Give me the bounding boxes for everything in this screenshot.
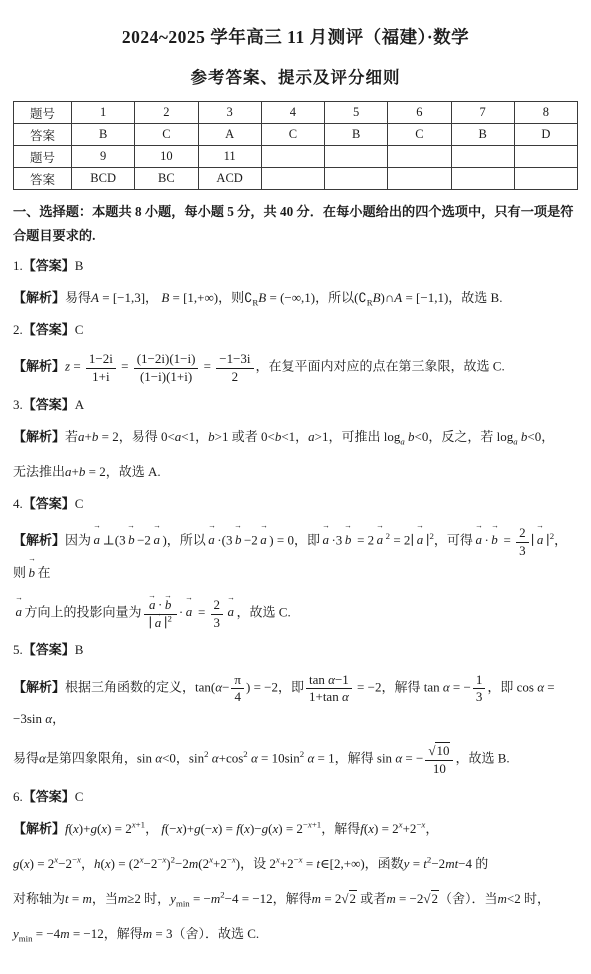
vector: a bbox=[152, 527, 162, 553]
sqrt: √10 bbox=[428, 742, 450, 758]
answer-item: 6.【答案】C 【解析】f(x)+g(x) = 2x+1， f(−x)+g(−x… bbox=[13, 787, 578, 947]
solution-line: g(x) = 2x−2−x，h(x) = (2x−2−x)2−2m(2x+2−x… bbox=[13, 851, 578, 877]
vector: b bbox=[233, 527, 243, 553]
answer-cell bbox=[261, 168, 324, 190]
table-row: 答案BCDBCACD bbox=[14, 168, 578, 190]
answer-cell: 4 bbox=[261, 102, 324, 124]
solution-line: 【解析】根据三角函数的定义，tan(α−π4) = −2，即tan α−11+t… bbox=[13, 670, 578, 733]
solution-line: 无法推出a+b = 2，故选 A. bbox=[13, 459, 578, 485]
answer-cell bbox=[451, 146, 514, 168]
vector: a bbox=[321, 527, 331, 553]
vector: a bbox=[415, 527, 425, 553]
answer-cell: 5 bbox=[325, 102, 388, 124]
section-heading: 一、选择题：本题共 8 小题，每小题 5 分，共 40 分．在每小题给出的四个选… bbox=[13, 200, 578, 248]
item-answer: 3.【答案】A bbox=[13, 395, 578, 415]
solution-line: 【解析】若a+b = 2，易得 0<a<1，b>1 或者 0<b<1，a>1，可… bbox=[13, 424, 578, 450]
answer-item: 2.【答案】C 【解析】z = 1−2i1+i = (1−2i)(1−i)(1−… bbox=[13, 320, 578, 386]
solution-line: 【解析】易得A = [−1,3]， B = [1,+∞)，则∁RB = (−∞,… bbox=[13, 285, 578, 311]
row-header-cell: 答案 bbox=[14, 124, 72, 146]
answer-cell: 2 bbox=[135, 102, 198, 124]
vector: a bbox=[375, 527, 385, 553]
answer-cell: B bbox=[325, 124, 388, 146]
vector: a bbox=[14, 599, 24, 625]
fraction: (1−2i)(1−i)(1−i)(1+i) bbox=[134, 349, 199, 386]
solution-line: 易得α是第四象限角，sin α<0，sin2 α+cos2 α = 10sin2… bbox=[13, 741, 578, 778]
answer-cell: 11 bbox=[198, 146, 261, 168]
answer-table: 题号12345678答案BCACBCBD题号91011答案BCDBCACD bbox=[13, 101, 578, 190]
solution-line: 【解析】f(x)+g(x) = 2x+1， f(−x)+g(−x) = f(x)… bbox=[13, 816, 578, 842]
answer-table-body: 题号12345678答案BCACBCBD题号91011答案BCDBCACD bbox=[14, 102, 578, 190]
answer-cell bbox=[514, 168, 577, 190]
sqrt: √2 bbox=[341, 890, 357, 906]
answer-cell: 10 bbox=[135, 146, 198, 168]
row-header-cell: 题号 bbox=[14, 102, 72, 124]
page-title: 2024~2025 学年高三 11 月测评（福建）·数学 bbox=[13, 24, 578, 49]
answer-cell: A bbox=[198, 124, 261, 146]
sqrt: √2 bbox=[423, 890, 439, 906]
fraction: a·b∣a∣2 bbox=[144, 595, 177, 632]
fraction: 13 bbox=[473, 670, 486, 707]
table-row: 题号91011 bbox=[14, 146, 578, 168]
solution-line: 对称轴为t = m，当m≥2 时，ymin = −m2−4 = −12，解得m … bbox=[13, 886, 578, 912]
answer-cell bbox=[261, 146, 324, 168]
answer-cell: BCD bbox=[72, 168, 135, 190]
answer-item: 4.【答案】C 【解析】因为a⊥(3b−2a)，所以a·(3b−2a) = 0，… bbox=[13, 494, 578, 632]
fraction: √1010 bbox=[425, 741, 453, 778]
answer-cell: ACD bbox=[198, 168, 261, 190]
answer-cell: B bbox=[72, 124, 135, 146]
item-solution: 【解析】若a+b = 2，易得 0<a<1，b>1 或者 0<b<1，a>1，可… bbox=[13, 424, 578, 485]
answer-cell bbox=[451, 168, 514, 190]
vector: a bbox=[207, 527, 217, 553]
row-header-cell: 答案 bbox=[14, 168, 72, 190]
vector: a bbox=[184, 599, 194, 625]
fraction: π4 bbox=[231, 670, 244, 707]
answer-cell: C bbox=[135, 124, 198, 146]
solution-line: a方向上的投影向量为a·b∣a∣2·a = 23a，故选 C. bbox=[13, 595, 578, 632]
vector: a bbox=[259, 527, 269, 553]
answer-cell: C bbox=[388, 124, 451, 146]
answer-item: 1.【答案】B 【解析】易得A = [−1,3]， B = [1,+∞)，则∁R… bbox=[13, 256, 578, 311]
fraction: 23 bbox=[516, 523, 529, 560]
answer-cell: 9 bbox=[72, 146, 135, 168]
item-answer: 2.【答案】C bbox=[13, 320, 578, 340]
item-solution: 【解析】f(x)+g(x) = 2x+1， f(−x)+g(−x) = f(x)… bbox=[13, 816, 578, 947]
answer-cell: 8 bbox=[514, 102, 577, 124]
solution-line: 【解析】因为a⊥(3b−2a)，所以a·(3b−2a) = 0，即a·3b = … bbox=[13, 523, 578, 586]
item-solution: 【解析】z = 1−2i1+i = (1−2i)(1−i)(1−i)(1+i) … bbox=[13, 349, 578, 386]
vector: b bbox=[127, 527, 137, 553]
solution-line: ymin = −4m = −12，解得m = 3（舍）．故选 C. bbox=[13, 921, 578, 947]
solution-line: 【解析】z = 1−2i1+i = (1−2i)(1−i)(1−i)(1+i) … bbox=[13, 349, 578, 386]
answer-item: 5.【答案】B 【解析】根据三角函数的定义，tan(α−π4) = −2，即ta… bbox=[13, 640, 578, 778]
vector: a bbox=[535, 527, 545, 553]
item-answer: 1.【答案】B bbox=[13, 256, 578, 276]
vector: b bbox=[343, 527, 353, 553]
answer-cell bbox=[325, 146, 388, 168]
answer-cell: 7 bbox=[451, 102, 514, 124]
table-row: 答案BCACBCBD bbox=[14, 124, 578, 146]
vector: b bbox=[490, 527, 500, 553]
answer-cell: C bbox=[261, 124, 324, 146]
vector: a bbox=[92, 527, 102, 553]
answer-cell: 3 bbox=[198, 102, 261, 124]
answer-cell: BC bbox=[135, 168, 198, 190]
vector: a bbox=[153, 615, 163, 632]
page-subtitle: 参考答案、提示及评分细则 bbox=[13, 64, 578, 88]
exam-answer-sheet: 2024~2025 学年高三 11 月测评（福建）·数学 参考答案、提示及评分细… bbox=[0, 0, 591, 974]
vector: a bbox=[226, 599, 236, 625]
answer-cell bbox=[388, 168, 451, 190]
row-header-cell: 题号 bbox=[14, 146, 72, 168]
answer-cell: D bbox=[514, 124, 577, 146]
table-row: 题号12345678 bbox=[14, 102, 578, 124]
vector: b bbox=[27, 560, 37, 586]
fraction: 23 bbox=[211, 595, 224, 632]
fraction: tan α−11+tan α bbox=[306, 670, 352, 707]
answer-cell bbox=[514, 146, 577, 168]
vector: a bbox=[474, 527, 484, 553]
item-solution: 【解析】因为a⊥(3b−2a)，所以a·(3b−2a) = 0，即a·3b = … bbox=[13, 523, 578, 632]
answer-cell bbox=[388, 146, 451, 168]
fraction: 1−2i1+i bbox=[86, 349, 116, 386]
answers-list: 1.【答案】B 【解析】易得A = [−1,3]， B = [1,+∞)，则∁R… bbox=[13, 256, 578, 948]
item-answer: 4.【答案】C bbox=[13, 494, 578, 514]
answer-item: 3.【答案】A 【解析】若a+b = 2，易得 0<a<1，b>1 或者 0<b… bbox=[13, 395, 578, 485]
item-solution: 【解析】根据三角函数的定义，tan(α−π4) = −2，即tan α−11+t… bbox=[13, 670, 578, 779]
item-answer: 5.【答案】B bbox=[13, 640, 578, 660]
fraction: −1−3i2 bbox=[216, 349, 253, 386]
answer-cell bbox=[325, 168, 388, 190]
answer-cell: B bbox=[451, 124, 514, 146]
item-solution: 【解析】易得A = [−1,3]， B = [1,+∞)，则∁RB = (−∞,… bbox=[13, 285, 578, 311]
item-answer: 6.【答案】C bbox=[13, 787, 578, 807]
answer-cell: 6 bbox=[388, 102, 451, 124]
answer-cell: 1 bbox=[72, 102, 135, 124]
vector: b bbox=[163, 597, 173, 614]
